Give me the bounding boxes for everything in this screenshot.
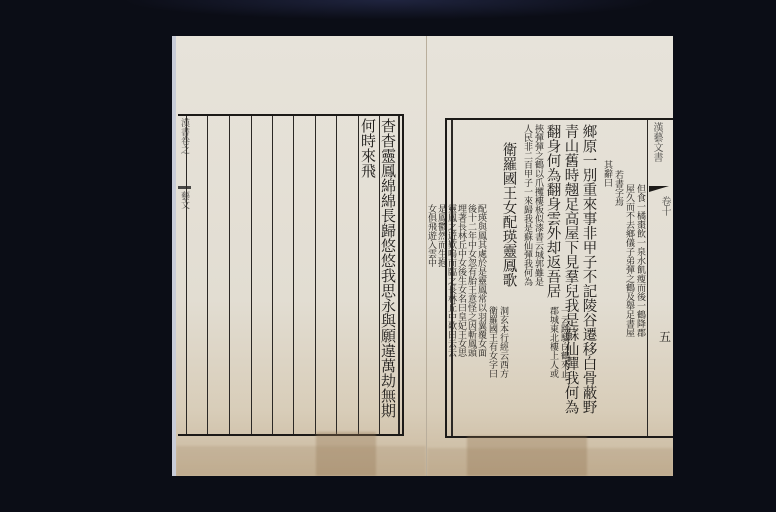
annotation-column: 人民非二百甲子一來歸我是蘇仙彈我何為 xyxy=(522,124,532,286)
water-stain xyxy=(176,446,426,476)
column-rule xyxy=(207,116,208,434)
poem-title: 衛羅國王女配瑛靈鳳歌 xyxy=(501,142,516,287)
book-spread: 漢書卷之 藝文 杳杳靈鳳綿綿長歸悠悠我思永與願違萬劫無期 何時來飛 但食一橘棗飲… xyxy=(176,36,673,476)
column-rule xyxy=(186,116,187,434)
backdrop-glow xyxy=(120,0,660,20)
text-column: 翻身何為翻身雲外却返吾居 xyxy=(545,124,560,298)
banxin-title: 漢藝文書 xyxy=(649,122,664,162)
annotation-column: 洞玄本行經云西方 xyxy=(498,306,508,378)
annotation-column: 其辭曰 xyxy=(602,160,612,187)
annotation-column: 屋久而不去鄉儀子弟彈之鶴及舉足書屋 xyxy=(624,184,634,337)
annotation-column: 一云跳騎白鶴來止 xyxy=(559,306,569,378)
annotation-column: 配瑛與鳳其處於是靈鳳常以羽翼覆女面 xyxy=(476,204,486,357)
right-page: 但食一橘棗飲一泉水飢瘦而後一鶴降郡 屋久而不去鄉儀子弟彈之鶴及舉足書屋 若書字焉… xyxy=(427,36,673,476)
text-column: 鄉原一別重來事非甲子不記陵谷遷移白骨蔽野 xyxy=(581,124,596,414)
annotation-column: 但食一橘棗飲一泉水飢瘦而後一鶴降郡 xyxy=(635,184,645,337)
annotation-column: 挾彈彈之鶴以爪攫樓板似漆書云城郭雖是 xyxy=(533,124,543,286)
right-text-frame: 但食一橘棗飲一泉水飢瘦而後一鶴降郡 屋久而不去鄉儀子弟彈之鶴及舉足書屋 若書字焉… xyxy=(445,118,673,438)
annotation-column: 是鳳鬱然而生抱 xyxy=(436,204,446,267)
water-stain xyxy=(427,448,673,476)
annotation-column: 埋著長林丘中女後生女名曰皇妃王女思 xyxy=(456,204,466,357)
column-rule xyxy=(229,116,230,434)
annotation-column: 靈鳳之遊歎嗚而臨之長林丘中歌曰云云 xyxy=(446,204,456,357)
text-column: 何時來飛 xyxy=(358,118,378,178)
annotation-column: 若書字焉 xyxy=(613,170,623,206)
annotation-column: 後十二年中女忽有胎王意怪之因斬鳳頭 xyxy=(466,204,476,357)
fishtail-mark xyxy=(649,186,669,192)
annotation-column: 女俱飛遊入雲中 xyxy=(427,204,436,267)
annotation-column: 衛羅國王有女字曰 xyxy=(487,306,497,378)
column-rule xyxy=(315,116,316,434)
page-number: 五 xyxy=(659,328,671,345)
banxin-rule xyxy=(647,120,648,436)
left-page: 漢書卷之 藝文 杳杳靈鳳綿綿長歸悠悠我思永與願違萬劫無期 何時來飛 xyxy=(176,36,427,476)
column-rule xyxy=(293,116,294,434)
column-rule xyxy=(251,116,252,434)
text-column: 杳杳靈鳳綿綿長歸悠悠我思永與願違萬劫無期 xyxy=(378,118,398,418)
column-rule xyxy=(336,116,337,434)
annotation-column: 郡城東北樓上人或 xyxy=(548,306,558,378)
column-rule xyxy=(398,116,400,434)
banxin-juan: 卷十 xyxy=(657,196,672,216)
left-text-frame: 杳杳靈鳳綿綿長歸悠悠我思永與願違萬劫無期 何時來飛 xyxy=(178,114,404,436)
column-rule xyxy=(272,116,273,434)
